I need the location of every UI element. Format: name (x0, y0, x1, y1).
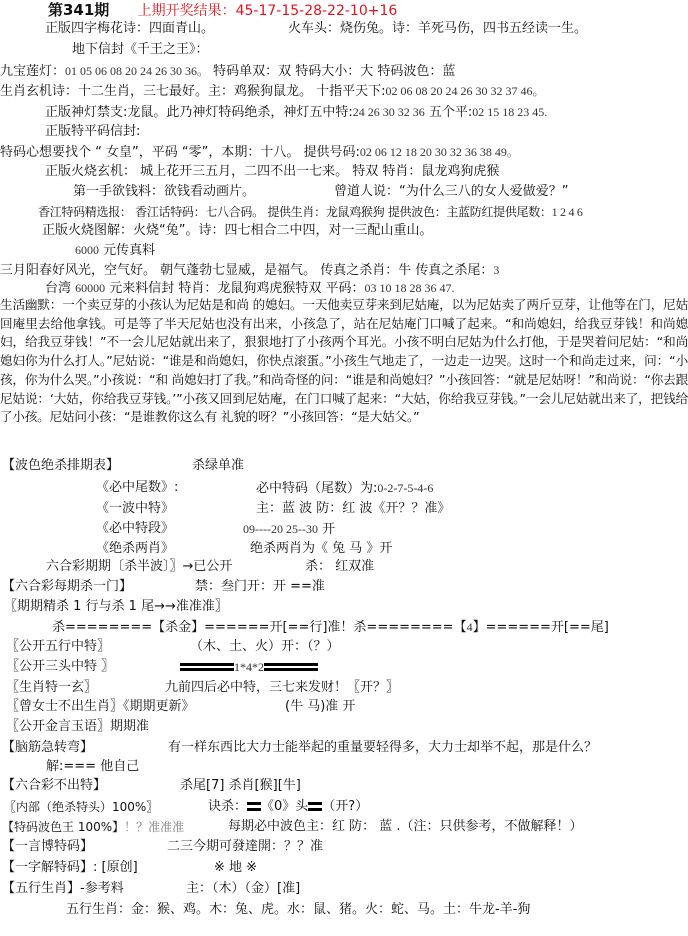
zeng-daoren: 曾道人说：“为什么三八的女人爱做爱？” (334, 183, 568, 201)
divine-lamp-nums: 24 26 30 32 36 (353, 105, 425, 119)
internal-value: 诀杀：《0》头（开?） (208, 798, 368, 816)
five-flat-nums: 02 15 18 23 45. (472, 105, 547, 119)
kill-line: 杀========【杀金】======开[==行]准！杀========【4】=… (52, 618, 609, 637)
wave-king-mark: ！？准准准 (124, 820, 184, 834)
special-code-nums: 02 06 12 18 20 30 32 36 38 49。 (360, 145, 519, 159)
must-tail-nums: 0-2-7-5-4-6 (377, 481, 433, 495)
internal-value-a: 诀杀： (208, 799, 247, 814)
one-char-value: ※ 地 ※ (214, 859, 257, 877)
black-bar-icon (207, 663, 234, 672)
five-elements-value: （木、土、火）开：（？） (190, 638, 340, 656)
last-result-label: 上期开奖结果： (138, 3, 236, 19)
one-gate-label: 【六合彩每期杀一门】 (2, 578, 132, 596)
internal-value-b: 《0》头 (261, 799, 308, 814)
march-num: 3 (493, 263, 499, 277)
three-heads: 1*4*2 (180, 658, 318, 677)
one-word-value: 二三今期可發達開：？？准 (167, 838, 323, 856)
fire-burn-mystery: 正版火烧玄机： 城上花开三五月，二四不出一七来。 特双 特肖：鼠龙鸡狗虎猴 (45, 163, 499, 181)
five-flat-label: 五个平: (429, 105, 472, 120)
wave-kill-title: 【波色绝杀排期表】 (2, 457, 119, 475)
issue-number: 第341期 (48, 1, 109, 19)
one-word-label: 【一言博特码】 (2, 838, 93, 856)
zodiac-one-label: 〖生肖特一玄〗 (6, 679, 97, 697)
train-head: 火车头：烧伤兔。诗：羊死马伤，四书五经读一生。 (288, 20, 587, 38)
hk-selection-line: 香江特码精选报： 香江话特码：七八合码。 提供生肖：龙鼠鸡猴狗 提供波色：主蓝防… (38, 203, 583, 221)
internal-value-c: （开?） (322, 799, 368, 814)
ten-fingers-nums: 02 06 08 20 24 26 30 32 37 46。 (386, 84, 545, 98)
fax-6000: 6000 元传真料 (75, 241, 155, 260)
underground-letter: 地下信封《千王之王》： (72, 41, 209, 59)
wave-kill-value: 杀绿单准 (192, 457, 244, 475)
first-hand: 第一手欲钱料：欲钱看动画片。 (73, 183, 255, 201)
black-bar-icon (264, 663, 291, 672)
one-wave-label: 《一波中特》 (96, 500, 174, 518)
half-wave-label: 六合彩期期〔杀半波〕〗→已公开 (46, 558, 232, 576)
plum-poem: 正版四字梅花诗：四面青山。 (45, 20, 214, 38)
precise-kill: 〖期期精杀 1 行与杀 1 尾→→准准准〗 (4, 598, 228, 616)
must-segment-open: 开 (318, 522, 335, 537)
zodiac-one-value: 九前四后必中特，三七来发财！〖开？〗 (165, 679, 399, 697)
fire-burn-diagram: 正版火烧图解：火烧“兔”。诗：四七相合二中四，对一三配山重山。 (42, 222, 432, 240)
taiwan-nums: 03 10 18 28 36 47. (365, 281, 455, 295)
black-bar-icon (247, 802, 261, 812)
riddle-question: 有一样东西比大力士能举起的重量要轻得多，大力士却举不起，那是什么？ (168, 739, 597, 757)
divine-lamp-line: 正版神灯禁支:龙鼠。此乃神灯特码绝杀，神灯五中特:24 26 30 32 36 … (45, 103, 547, 122)
wave-king-label: 【特码波色王 100%】 (2, 820, 124, 834)
wuxing-table: 五行生肖：金：猴、鸡。木：兔、虎。水：鼠、猪。火：蛇、马。土：牛龙-羊-狗 (66, 901, 530, 919)
five-elements-label: 〖公开五行中特〗 (6, 638, 110, 656)
fax-6000-num: 6000 (75, 243, 99, 257)
kill-line-b: 】======开[==尾] (473, 620, 609, 635)
black-bar-icon (308, 802, 322, 812)
no-special-label: 【六合彩不出特】 (2, 777, 106, 795)
wuxing-label: 【五行生肖】-参考料 (2, 880, 124, 898)
divine-lamp-text: 正版神灯禁支:龙鼠。此乃神灯特码绝杀，神灯五中特: (45, 105, 353, 120)
nine-lanterns-nums: 01 05 06 08 20 24 26 30 36。 (65, 64, 209, 78)
wuxing-value: 主：（木）（金）[准] (186, 880, 300, 898)
zeng-label: 〖曾女士不出生肖〗《期期更新》 (6, 698, 195, 716)
nine-lanterns-label: 九宝莲灯： (0, 64, 65, 79)
nine-lanterns-rest: 特码单双：双 特码大小：大 特码波色：蓝 (213, 64, 455, 79)
riddle-label: 【脑筋急转弯】 (2, 739, 93, 757)
fax-6000-text: 元传真料 (99, 243, 155, 258)
taiwan-text: 元来料信封 特肖：龙鼠狗鸡虎猴特双 平码： (105, 281, 364, 296)
wave-king-label-line: 【特码波色王 100%】！？准准准 (2, 818, 184, 836)
nine-lanterns: 九宝莲灯：01 05 06 08 20 24 26 30 36。 特码单双：双 … (0, 62, 455, 81)
zodiac-poem: 生肖玄机诗：十二生肖，三七最好。主：鸡猴狗鼠龙。 (0, 84, 312, 99)
special-code-line: 特码心想要找个 “ 女皇”，平码 “零”，本期：十八。 提供号码:02 06 1… (0, 143, 519, 162)
taiwan-num: 60000 (75, 281, 105, 295)
taiwan-pre: 台湾 (45, 281, 75, 296)
humor-story: 生活幽默：一个卖豆芽的小孩认为尼姑是和尚 的媳妇。一天他卖豆芽来到尼姑庵，以为尼… (0, 296, 688, 427)
kill-two-label: 《绝杀两肖》 (96, 540, 174, 558)
kill-two-text: 绝杀两肖为《 兔 马 》开 (250, 540, 392, 558)
special-code-text: 特码心想要找个 “ 女皇”，平码 “零”，本期：十八。 提供号码: (0, 145, 360, 160)
black-bar-icon (180, 663, 207, 672)
half-wave-value: 杀： 红双准 (305, 558, 374, 576)
issue-header: 第341期 上期开奖结果：45-17-15-28-22-10+16 (48, 1, 397, 21)
black-bar-icon (291, 663, 318, 672)
must-segment-nums: 09----20 25--30 (243, 522, 318, 536)
ten-fingers-label: 十指平天下: (316, 84, 385, 99)
one-wave-text: 主：蓝 波 防：红 波《开？？准》 (256, 500, 450, 518)
must-tail-label: 《必中尾数》: (96, 479, 178, 497)
must-tail-text: 必中特码（尾数）为: (256, 481, 377, 496)
must-tail: 必中特码（尾数）为:0-2-7-5-4-6 (256, 479, 433, 498)
golden-words: 〖公开金言玉语〗期期准 (6, 718, 149, 736)
must-segment: 09----20 25--30 开 (243, 520, 335, 539)
march-text: 三月阳春好风光，空气好。 朝气蓬勃七显威，是福气。 传真之杀肖：牛 传真之杀尾： (0, 263, 493, 278)
must-segment-label: 《必中特段》 (96, 520, 174, 538)
hk-selection-text: 香江特码精选报： 香江话特码：七八合码。 提供生肖：龙鼠鸡猴狗 提供波色：主蓝防… (38, 205, 552, 219)
hk-selection-nums: 1 2 4 6 (552, 205, 583, 219)
zodiac-poem-line: 生肖玄机诗：十二生肖，三七最好。主：鸡猴狗鼠龙。 十指平天下:02 06 08 … (0, 82, 545, 101)
three-heads-value: 1*4*2 (234, 660, 264, 674)
three-heads-label: 〖公开三头中特 〗 (6, 658, 114, 676)
one-char-label: 【一字解特码】: [原创] (2, 859, 138, 877)
wave-king-value: 每期必中波色主：红 防： 蓝 .（注：只供参考，不做解释！） (228, 818, 583, 836)
special-flat-letter: 正版特平码信封: (45, 123, 140, 141)
no-special-value: 杀尾[7] 杀肖[猴][牛] (180, 777, 301, 795)
riddle-answer: 解:=== 他自己 (46, 758, 139, 776)
one-gate-value: 禁：叁门开：开 ==准 (195, 578, 325, 596)
last-result-numbers: 45-17-15-28-22-10+16 (236, 3, 398, 19)
internal-label: 〖内部（绝杀特头）100%〗 (4, 798, 158, 816)
zeng-value: (牛 马)准 开 (285, 698, 355, 716)
kill-line-a: 杀========【杀金】======开[==行]准！杀========【 (52, 620, 467, 635)
march-line: 三月阳春好风光，空气好。 朝气蓬勃七显威，是福气。 传真之杀肖：牛 传真之杀尾：… (0, 261, 499, 280)
